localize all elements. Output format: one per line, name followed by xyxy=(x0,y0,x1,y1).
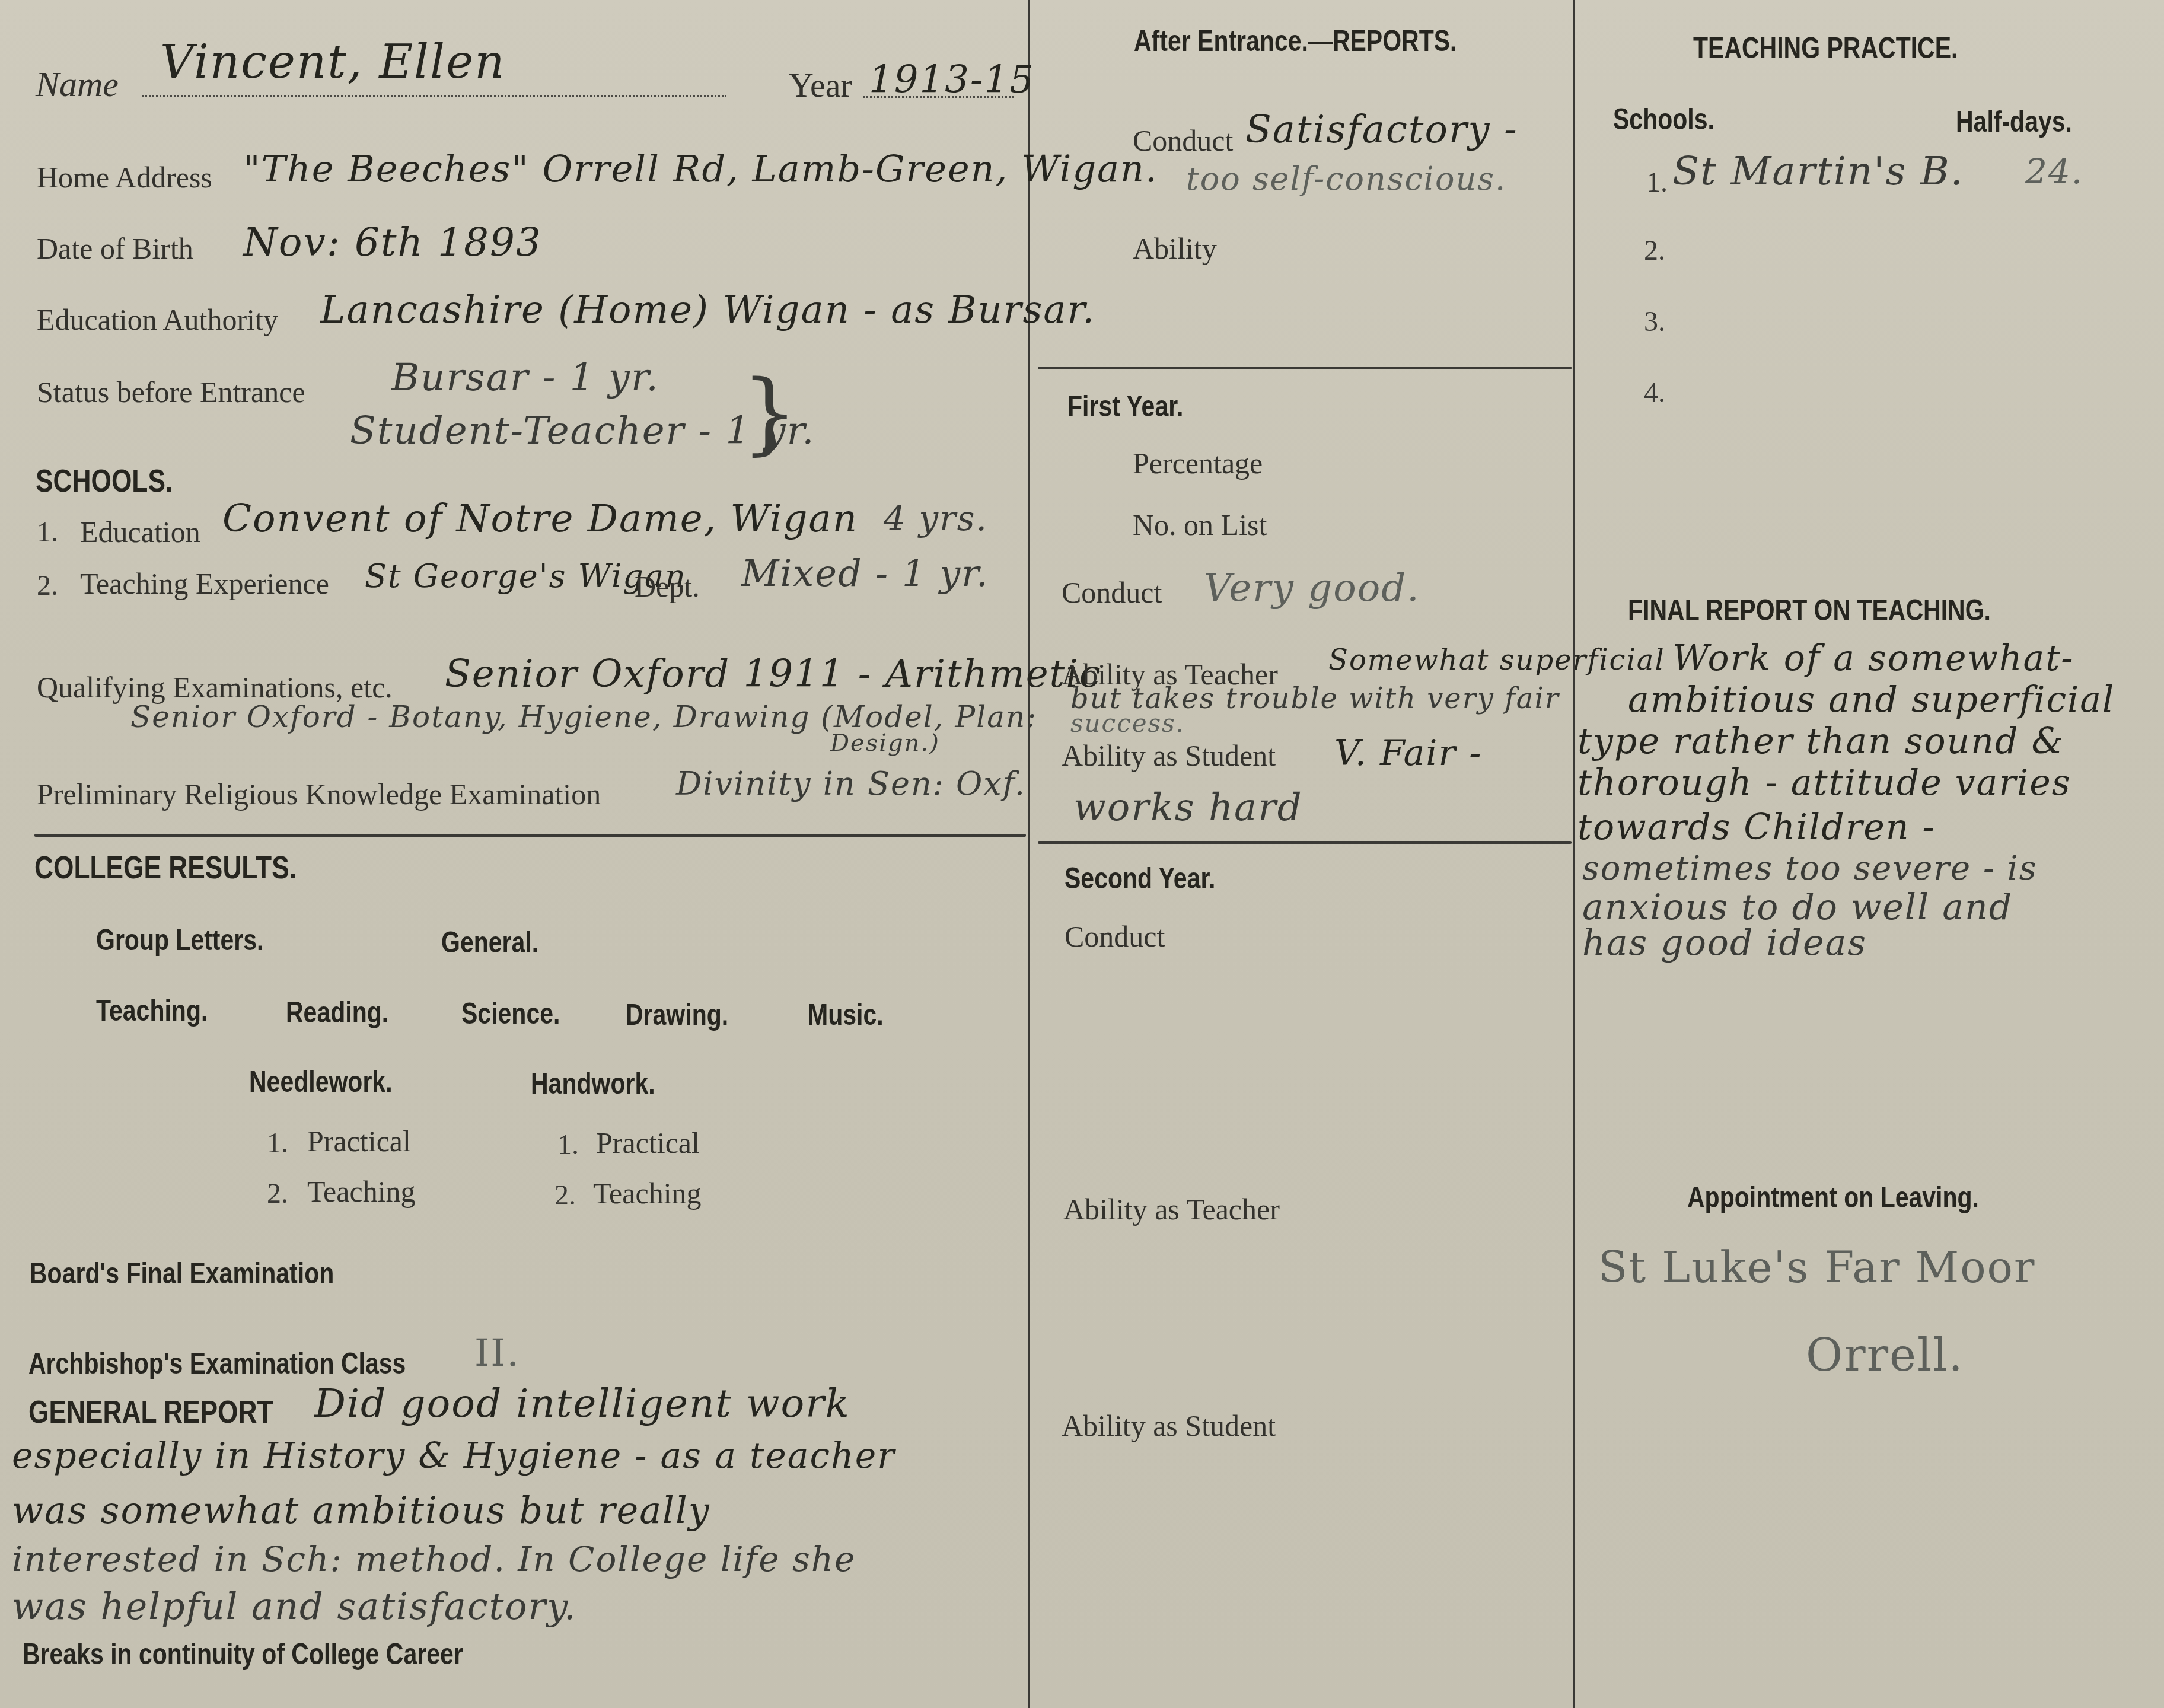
second-year-conduct-label: Conduct xyxy=(1065,919,1165,954)
first-year-conduct-label: Conduct xyxy=(1062,575,1162,610)
archbishop-label: Archbishop's Examination Class xyxy=(28,1346,406,1381)
qualifying-value-line1[interactable]: Senior Oxford 1911 - Arithmetic xyxy=(445,652,1102,696)
college-results-heading: COLLEGE RESULTS. xyxy=(34,849,297,886)
handwork-teaching-label: Teaching xyxy=(593,1176,702,1210)
second-year-ability-student-label: Ability as Student xyxy=(1062,1409,1276,1443)
practice-row-1-school[interactable]: St Martin's B. xyxy=(1672,148,1964,194)
needlework-practical-number: 1. xyxy=(267,1127,288,1159)
second-year-heading: Second Year. xyxy=(1065,861,1216,896)
final-report-line8[interactable]: has good ideas xyxy=(1582,922,1867,964)
appointment-line1[interactable]: St Luke's Far Moor xyxy=(1598,1242,2035,1292)
dob-value[interactable]: Nov: 6th 1893 xyxy=(243,219,542,265)
column-divider-left xyxy=(1028,0,1030,1708)
half-days-column-header: Half-days. xyxy=(1956,104,2072,139)
rule-middle-second-year xyxy=(1038,841,1572,844)
education-years[interactable]: 4 yrs. xyxy=(884,498,988,538)
year-label: Year xyxy=(789,65,852,105)
handwork-label: Handwork. xyxy=(531,1066,655,1101)
first-year-ability-student-line2[interactable]: works hard xyxy=(1073,786,1303,830)
final-report-line5[interactable]: towards Children - xyxy=(1577,807,1936,848)
breaks-label: Breaks in continuity of College Career xyxy=(23,1637,463,1671)
final-report-line3[interactable]: type rather than sound & xyxy=(1577,721,2064,762)
practice-row-4-number: 4. xyxy=(1644,377,1665,409)
general-report-line1[interactable]: Did good intelligent work xyxy=(314,1381,850,1426)
boards-final-label: Board's Final Examination xyxy=(30,1256,334,1290)
appointment-heading: Appointment on Leaving. xyxy=(1687,1180,1979,1215)
needlework-label: Needlework. xyxy=(249,1065,393,1099)
general-report-label: GENERAL REPORT xyxy=(28,1394,273,1430)
qualifying-value-line3[interactable]: Design.) xyxy=(830,729,940,757)
name-label: Name xyxy=(36,64,119,105)
status-label: Status before Entrance xyxy=(37,375,305,409)
dob-label: Date of Birth xyxy=(37,231,193,266)
record-card: Name Vincent, Ellen Year 1913-15 Home Ad… xyxy=(0,0,2164,1708)
home-address-value[interactable]: "The Beeches" Orrell Rd, Lamb-Green, Wig… xyxy=(243,147,1158,190)
after-entrance-ability-label: Ability xyxy=(1133,231,1217,266)
appointment-line2[interactable]: Orrell. xyxy=(1806,1328,1964,1381)
general-report-line3[interactable]: was somewhat ambitious but really xyxy=(12,1489,710,1532)
needlework-teaching-label: Teaching xyxy=(307,1174,416,1209)
education-label: Education xyxy=(80,515,200,549)
education-number: 1. xyxy=(37,516,58,549)
subject-teaching: Teaching. xyxy=(96,993,208,1028)
subject-science: Science. xyxy=(461,996,560,1031)
home-address-label: Home Address xyxy=(37,160,212,195)
education-value[interactable]: Convent of Notre Dame, Wigan xyxy=(222,497,858,541)
dept-value[interactable]: Mixed - 1 yr. xyxy=(741,552,989,595)
first-year-ability-student-line1[interactable]: V. Fair - xyxy=(1334,732,1483,774)
dept-label: Dept. xyxy=(635,569,700,604)
column-divider-right xyxy=(1573,0,1575,1708)
schools-column-header: Schools. xyxy=(1613,102,1714,136)
practice-row-3-number: 3. xyxy=(1644,305,1665,338)
first-year-conduct-value[interactable]: Very good. xyxy=(1204,566,1420,610)
final-report-line6[interactable]: sometimes too severe - is xyxy=(1582,849,2037,888)
needlework-teaching-number: 2. xyxy=(267,1177,288,1210)
rule-middle-first-year xyxy=(1038,367,1572,369)
final-report-heading: FINAL REPORT ON TEACHING. xyxy=(1628,593,1991,627)
subject-music: Music. xyxy=(808,998,884,1032)
archbishop-value[interactable]: II. xyxy=(474,1331,520,1375)
schools-heading: SCHOOLS. xyxy=(36,463,173,499)
first-year-ability-teacher-line1[interactable]: Somewhat superficial xyxy=(1328,643,1665,677)
religious-label: Preliminary Religious Knowledge Examinat… xyxy=(37,777,601,811)
general-report-line4[interactable]: interested in Sch: method. In College li… xyxy=(12,1539,856,1579)
after-entrance-heading: After Entrance.—REPORTS. xyxy=(1134,24,1457,58)
year-value[interactable]: 1913-15 xyxy=(869,58,1035,102)
no-on-list-label: No. on List xyxy=(1133,508,1267,542)
status-value-line1[interactable]: Bursar - 1 yr. xyxy=(391,356,659,400)
needlework-practical-label: Practical xyxy=(307,1124,411,1158)
after-entrance-conduct-label: Conduct xyxy=(1133,123,1233,158)
after-entrance-conduct-line2[interactable]: too self-conscious. xyxy=(1186,160,1506,197)
religious-value[interactable]: Divinity in Sen: Oxf. xyxy=(676,765,1026,802)
group-letters-label: Group Letters. xyxy=(96,923,263,957)
final-report-line1[interactable]: Work of a somewhat- xyxy=(1672,638,2074,679)
final-report-line2[interactable]: ambitious and superficial xyxy=(1628,679,2115,721)
subject-reading: Reading. xyxy=(286,995,388,1030)
handwork-practical-label: Practical xyxy=(596,1126,700,1160)
general-report-line2[interactable]: especially in History & Hygiene - as a t… xyxy=(12,1435,895,1477)
practice-row-2-number: 2. xyxy=(1644,234,1665,267)
education-authority-label: Education Authority xyxy=(37,302,278,337)
after-entrance-conduct-line1[interactable]: Satisfactory - xyxy=(1245,108,1518,152)
general-label: General. xyxy=(441,925,538,960)
handwork-teaching-number: 2. xyxy=(554,1179,576,1212)
practice-row-1-half-days[interactable]: 24. xyxy=(2025,151,2083,192)
handwork-practical-number: 1. xyxy=(557,1129,579,1161)
teaching-practice-heading: TEACHING PRACTICE. xyxy=(1693,31,1958,65)
second-year-ability-teacher-label: Ability as Teacher xyxy=(1063,1192,1280,1226)
first-year-ability-student-label: Ability as Student xyxy=(1062,738,1276,773)
education-authority-value[interactable]: Lancashire (Home) Wigan - as Bursar. xyxy=(320,288,1095,332)
status-brace: } xyxy=(741,362,799,465)
practice-row-1-number: 1. xyxy=(1646,166,1668,199)
rule-left-college-results xyxy=(34,834,1026,837)
subject-drawing: Drawing. xyxy=(626,998,728,1032)
name-value[interactable]: Vincent, Ellen xyxy=(160,36,505,89)
teaching-number: 2. xyxy=(37,569,58,602)
first-year-ability-teacher-line3[interactable]: success. xyxy=(1070,709,1185,738)
first-year-heading: First Year. xyxy=(1067,389,1183,423)
teaching-experience-label: Teaching Experience xyxy=(80,566,329,601)
name-line xyxy=(142,95,726,97)
percentage-label: Percentage xyxy=(1133,446,1263,480)
general-report-line5[interactable]: was helpful and satisfactory. xyxy=(12,1585,577,1628)
final-report-line4[interactable]: thorough - attitude varies xyxy=(1577,762,2071,804)
